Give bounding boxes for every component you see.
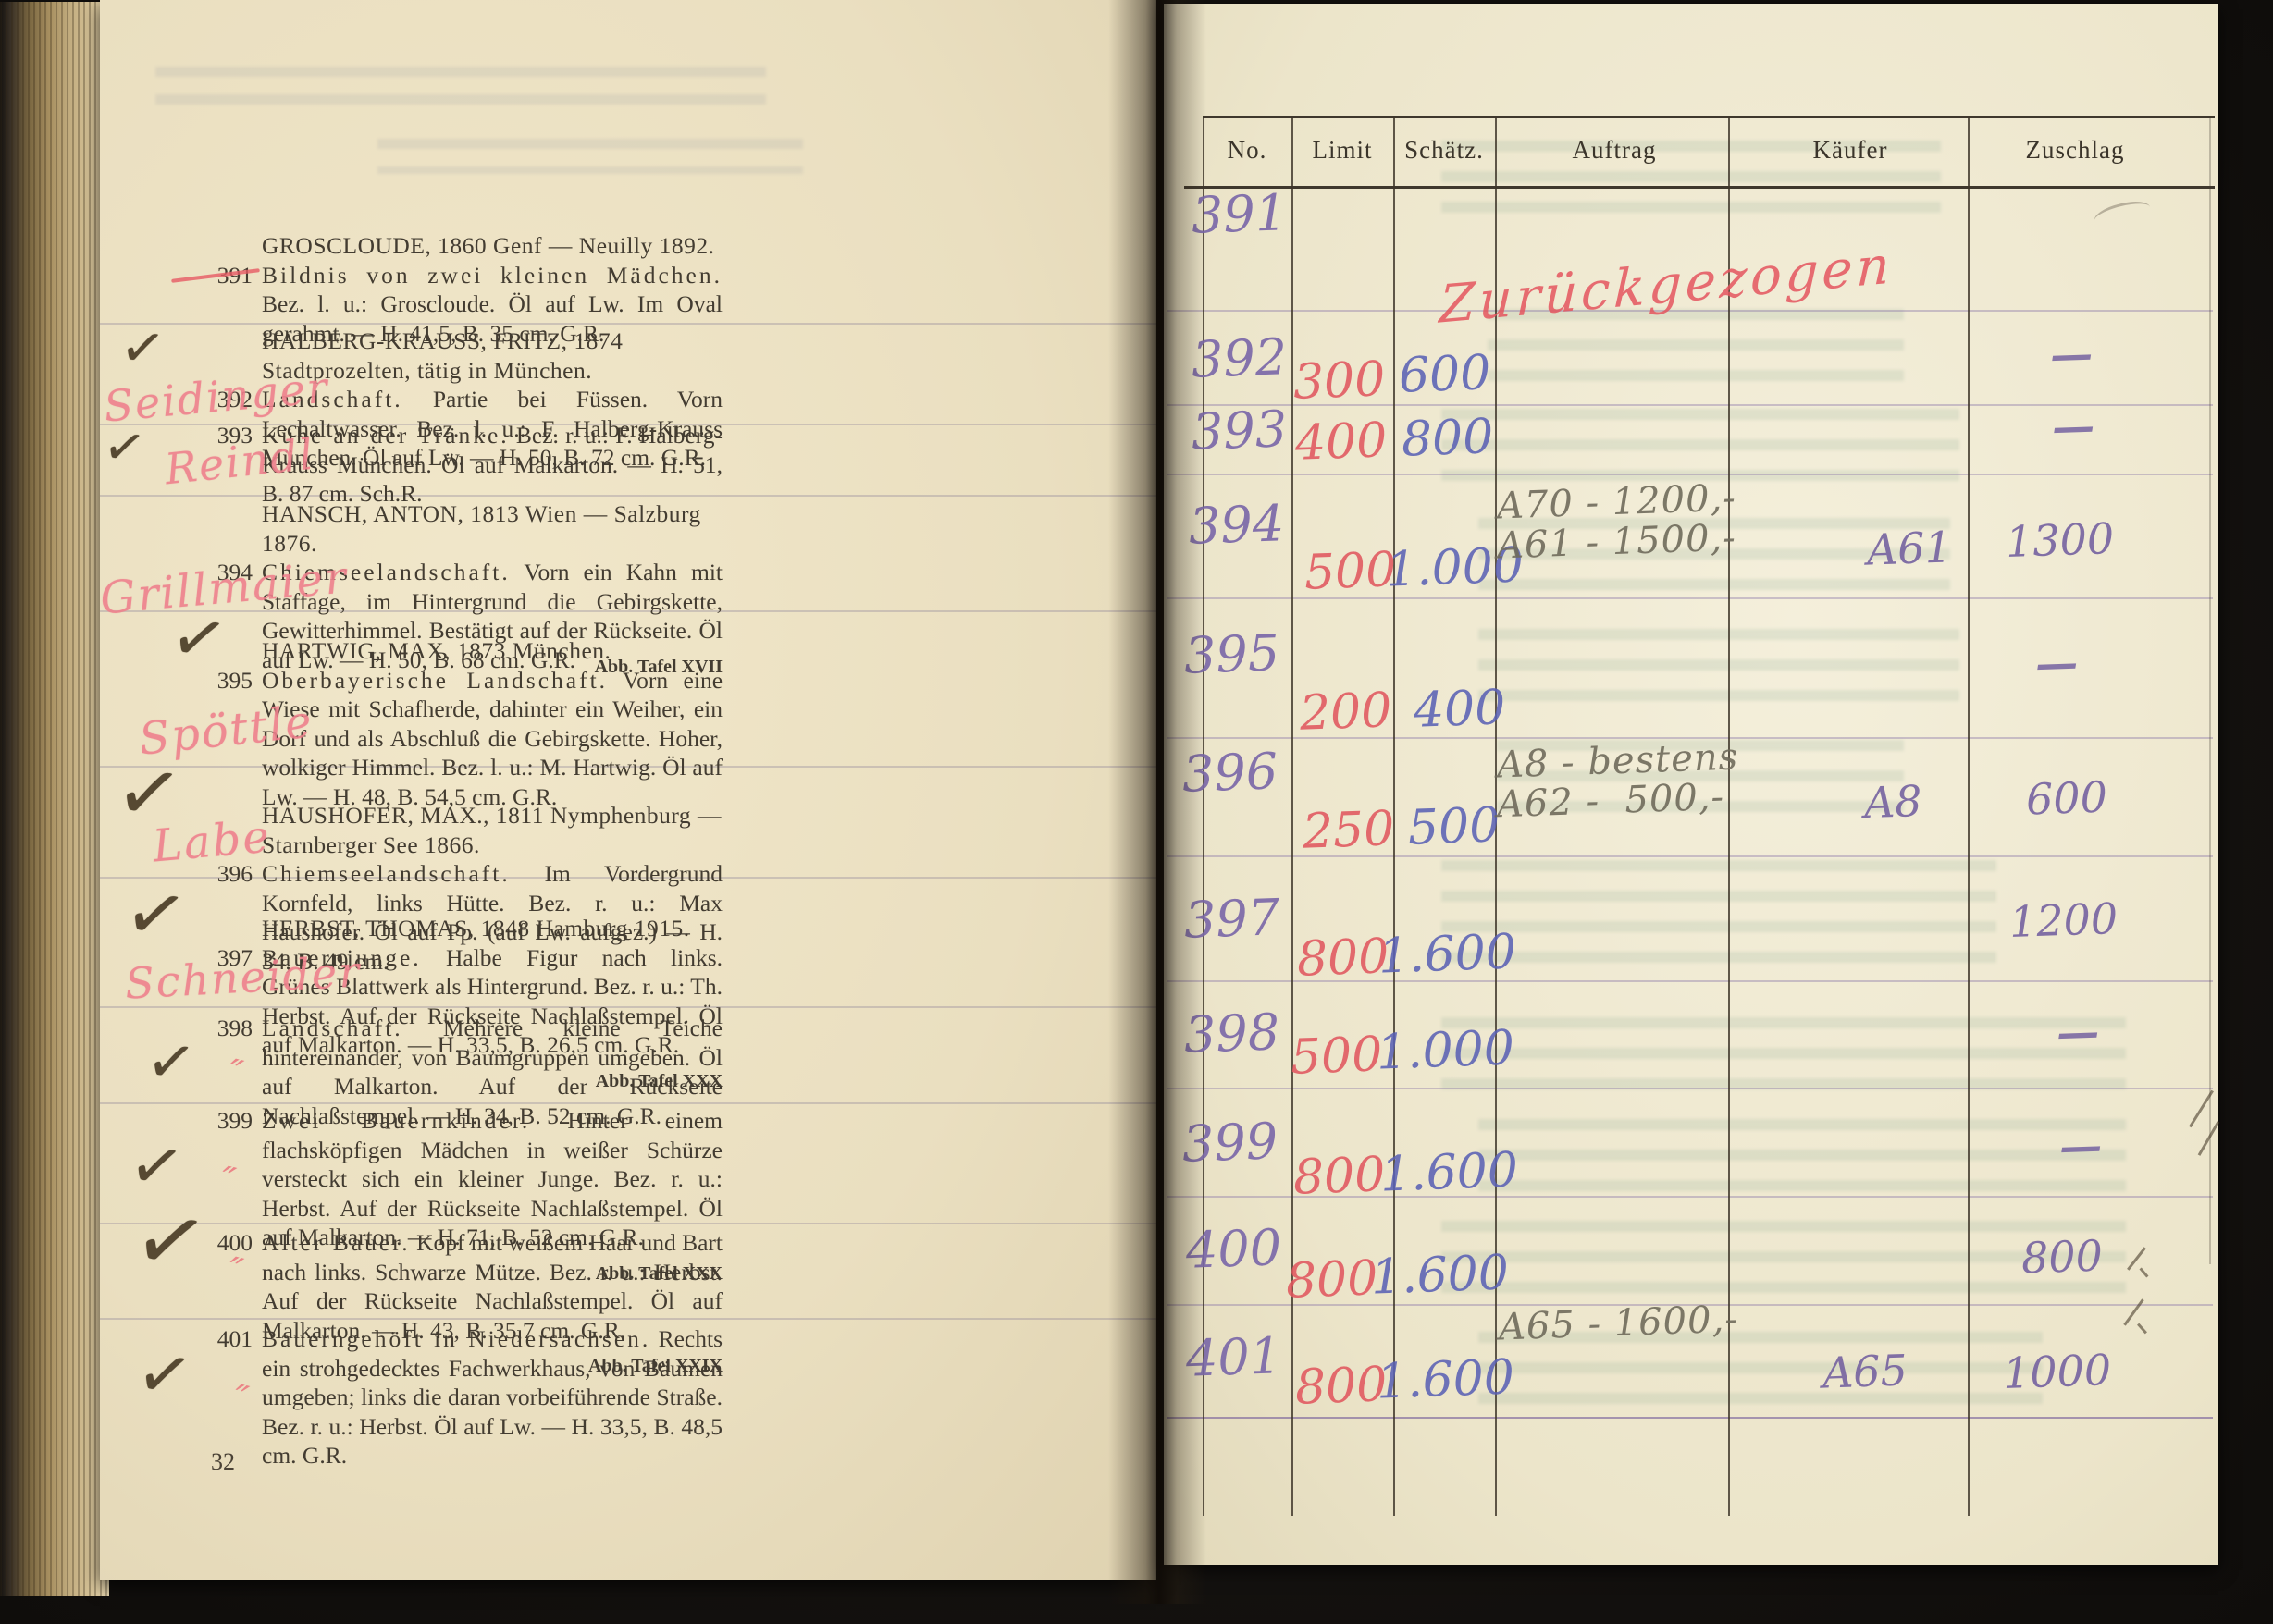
ruled-line	[1167, 1304, 2213, 1306]
catalog-entry-401: 401Bauerngehöft in Niedersachsen. Rechts…	[208, 1324, 723, 1470]
cell-no-398: 398	[1183, 1003, 1280, 1064]
cell-schaetz-397: 1.600	[1377, 924, 1517, 984]
cell-limit-393: 400	[1294, 412, 1388, 471]
checkmark: ✓	[130, 1331, 199, 1417]
artist-header: HANSCH, ANTON, 1813 Wien — Salzburg 1876…	[262, 499, 723, 558]
checkmark: ✓	[117, 314, 170, 382]
pencil-edge-stroke	[2189, 1090, 2214, 1128]
cell-zuschlag-398: —	[2056, 1006, 2100, 1058]
lot-title: Oberbayerische Landschaft.	[262, 667, 608, 694]
cell-no-393: 393	[1191, 400, 1288, 461]
print-show-through	[1441, 409, 1959, 492]
print-show-through	[1478, 629, 1959, 720]
cell-schaetz-392: 600	[1398, 345, 1491, 403]
table-column-line	[1203, 117, 1204, 1516]
cell-zuschlag-401: 1000	[2002, 1345, 2112, 1398]
cell-no-396: 396	[1181, 742, 1279, 804]
page-number: 32	[211, 1448, 235, 1476]
cell-auftrag2-394: A61 - 1500,-	[1496, 516, 1736, 567]
artist-header: GROSCLOUDE, 1860 Genf — Neuilly 1892.	[262, 231, 723, 261]
cell-limit-396: 250	[1302, 801, 1395, 859]
cell-no-394: 394	[1188, 494, 1285, 556]
ruled-line	[1167, 474, 2213, 475]
right-page: No. Limit Schätz. Auftrag Käufer Zuschla…	[1164, 4, 2218, 1565]
cell-schaetz-393: 800	[1401, 409, 1494, 467]
cell-auftrag1-396: A8 - bestens	[1496, 735, 1739, 786]
page-stack-striations	[0, 2, 109, 1596]
cell-zuschlag-396: 600	[2025, 771, 2108, 824]
column-header-zuschlag: Zuschlag	[2026, 136, 2125, 165]
cell-zuschlag-392: —	[2049, 328, 2094, 380]
table-header-separator	[1184, 186, 2215, 189]
pencil-mark	[2123, 1298, 2143, 1325]
column-header-kaeufer: Käufer	[1813, 136, 1888, 165]
table-right-edge-line	[2209, 117, 2211, 1264]
ruled-line	[1167, 737, 2213, 739]
cell-no-391: 391	[1191, 183, 1288, 245]
cell-zuschlag-400: 800	[2020, 1230, 2104, 1283]
cell-limit-397: 800	[1296, 929, 1390, 987]
column-header-no: No.	[1228, 136, 1267, 165]
lot-title: Alter Bauer.	[262, 1229, 411, 1256]
print-show-through	[155, 67, 766, 118]
cell-zuschlag-397: 1200	[2008, 893, 2119, 947]
table-column-line	[1728, 117, 1730, 1516]
ruled-line	[1167, 597, 2213, 599]
cell-schaetz-400: 1.600	[1370, 1245, 1510, 1305]
page-stack-edge	[0, 2, 109, 1596]
column-header-schaetz: Schätz.	[1404, 136, 1484, 165]
cell-limit-392: 300	[1292, 351, 1386, 410]
buyer-name-annotation: Labe	[151, 811, 273, 873]
cell-schaetz-396: 500	[1407, 797, 1501, 855]
cell-limit-394: 500	[1303, 542, 1397, 600]
cell-auftrag2-396: A62 - 500,-	[1496, 776, 1724, 827]
cell-zuschlag-393: —	[2051, 400, 2095, 452]
table-column-line	[1393, 117, 1395, 1516]
cell-limit-401: 800	[1294, 1357, 1388, 1415]
pencil-mark	[2137, 1323, 2147, 1335]
print-show-through	[1488, 309, 1904, 397]
print-show-through	[1478, 518, 1950, 609]
ruled-line	[1167, 1088, 2213, 1089]
cell-zuschlag-399: —	[2058, 1120, 2103, 1172]
artist-header: HALBERG-KRAUSS, FRITZ, 1874 Stadtprozelt…	[262, 326, 723, 385]
entry-text: 393Kühe an der Tränke. Bez. r. u.: F. Ha…	[262, 421, 723, 509]
lot-number: 398	[208, 1014, 262, 1043]
table-column-line	[1495, 117, 1497, 1516]
cell-zuschlag-395: —	[2034, 637, 2079, 689]
entry-text: 395Oberbayerische Landschaft. Vorn eine …	[262, 666, 723, 812]
ruled-line	[1167, 855, 2213, 857]
lot-title: Bauerngehöft in Niedersachsen.	[262, 1325, 650, 1352]
cell-no-397: 397	[1183, 888, 1280, 950]
cell-limit-395: 200	[1299, 683, 1392, 741]
ruled-line	[1167, 310, 2213, 312]
cell-no-392: 392	[1191, 327, 1288, 389]
checkmark: ✓	[125, 1185, 217, 1298]
cell-auftrag-391-withdrawn: Zurückgezogen	[1439, 235, 1895, 335]
cell-schaetz-399: 1.600	[1379, 1142, 1519, 1202]
lot-number: 395	[208, 666, 262, 695]
print-show-through	[1478, 1119, 2126, 1202]
auction-catalog-scan: GROSCLOUDE, 1860 Genf — Neuilly 1892. 39…	[0, 0, 2273, 1624]
entry-text: 401Bauerngehöft in Niedersachsen. Rechts…	[262, 1324, 723, 1470]
artist-header: HERBST, THOMAS, 1848 Hamburg 1915.	[262, 914, 723, 943]
table-top-border	[1203, 116, 2215, 118]
ruled-line	[1167, 1417, 2213, 1419]
cell-no-399: 399	[1181, 1112, 1279, 1174]
cell-no-401: 401	[1185, 1326, 1282, 1388]
artist-header: HARTWIG, MAX, 1873 München.	[262, 636, 723, 666]
cell-limit-398: 500	[1290, 1027, 1383, 1085]
artist-header: HAUSHOFER, MAX., 1811 Nymphenburg — Star…	[262, 801, 723, 859]
cell-schaetz-398: 1.000	[1376, 1020, 1515, 1080]
cell-kaeufer-396: A8	[1863, 776, 1922, 828]
cell-kaeufer-394: A61	[1866, 522, 1953, 574]
lot-number: 401	[208, 1324, 262, 1354]
cell-schaetz-401: 1.600	[1376, 1349, 1515, 1409]
left-page: GROSCLOUDE, 1860 Genf — Neuilly 1892. 39…	[100, 0, 1156, 1580]
table-column-line	[1291, 117, 1293, 1516]
cell-kaeufer-401: A65	[1822, 1345, 1909, 1397]
cell-zuschlag-394: 1300	[2005, 513, 2115, 567]
cell-no-400: 400	[1185, 1218, 1282, 1280]
ruled-line	[1167, 980, 2213, 982]
lot-number: 399	[208, 1106, 262, 1136]
print-show-through	[1441, 1221, 2126, 1310]
cell-schaetz-394: 1.000	[1385, 537, 1525, 597]
print-show-through	[1441, 860, 1996, 971]
lot-title: Bildnis von zwei kleinen Mädchen.	[262, 262, 723, 289]
checkmark: ✓	[123, 1125, 190, 1209]
checkmark: ✓	[142, 1026, 200, 1101]
cell-no-395: 395	[1183, 623, 1280, 685]
print-show-through	[377, 139, 803, 174]
column-header-limit: Limit	[1313, 136, 1373, 165]
lot-title: Zwei Bauernkinder.	[262, 1107, 530, 1134]
ruled-line	[1167, 1196, 2213, 1198]
ruled-line	[1167, 404, 2213, 406]
table-column-line	[1968, 117, 1970, 1516]
lot-title: Landschaft.	[262, 1015, 403, 1041]
column-header-auftrag: Auftrag	[1573, 136, 1657, 165]
pencil-squiggle	[2092, 197, 2153, 231]
pencil-mark	[2139, 1267, 2148, 1277]
pencil-edge-stroke	[2198, 1121, 2220, 1156]
print-show-through	[1441, 1017, 2126, 1091]
cell-limit-399: 800	[1292, 1147, 1386, 1205]
print-show-through	[1497, 740, 1904, 816]
cell-auftrag1-401: A65 - 1600,-	[1498, 1298, 1738, 1348]
checkmark: ✓	[117, 866, 195, 962]
cell-schaetz-395: 400	[1413, 680, 1506, 738]
pencil-mark	[2127, 1247, 2146, 1270]
lot-title: Chiemseelandschaft.	[262, 860, 511, 887]
cell-auftrag1-394: A70 - 1200,-	[1496, 476, 1736, 527]
cell-limit-400: 800	[1285, 1250, 1378, 1309]
print-show-through	[1478, 1332, 2043, 1406]
